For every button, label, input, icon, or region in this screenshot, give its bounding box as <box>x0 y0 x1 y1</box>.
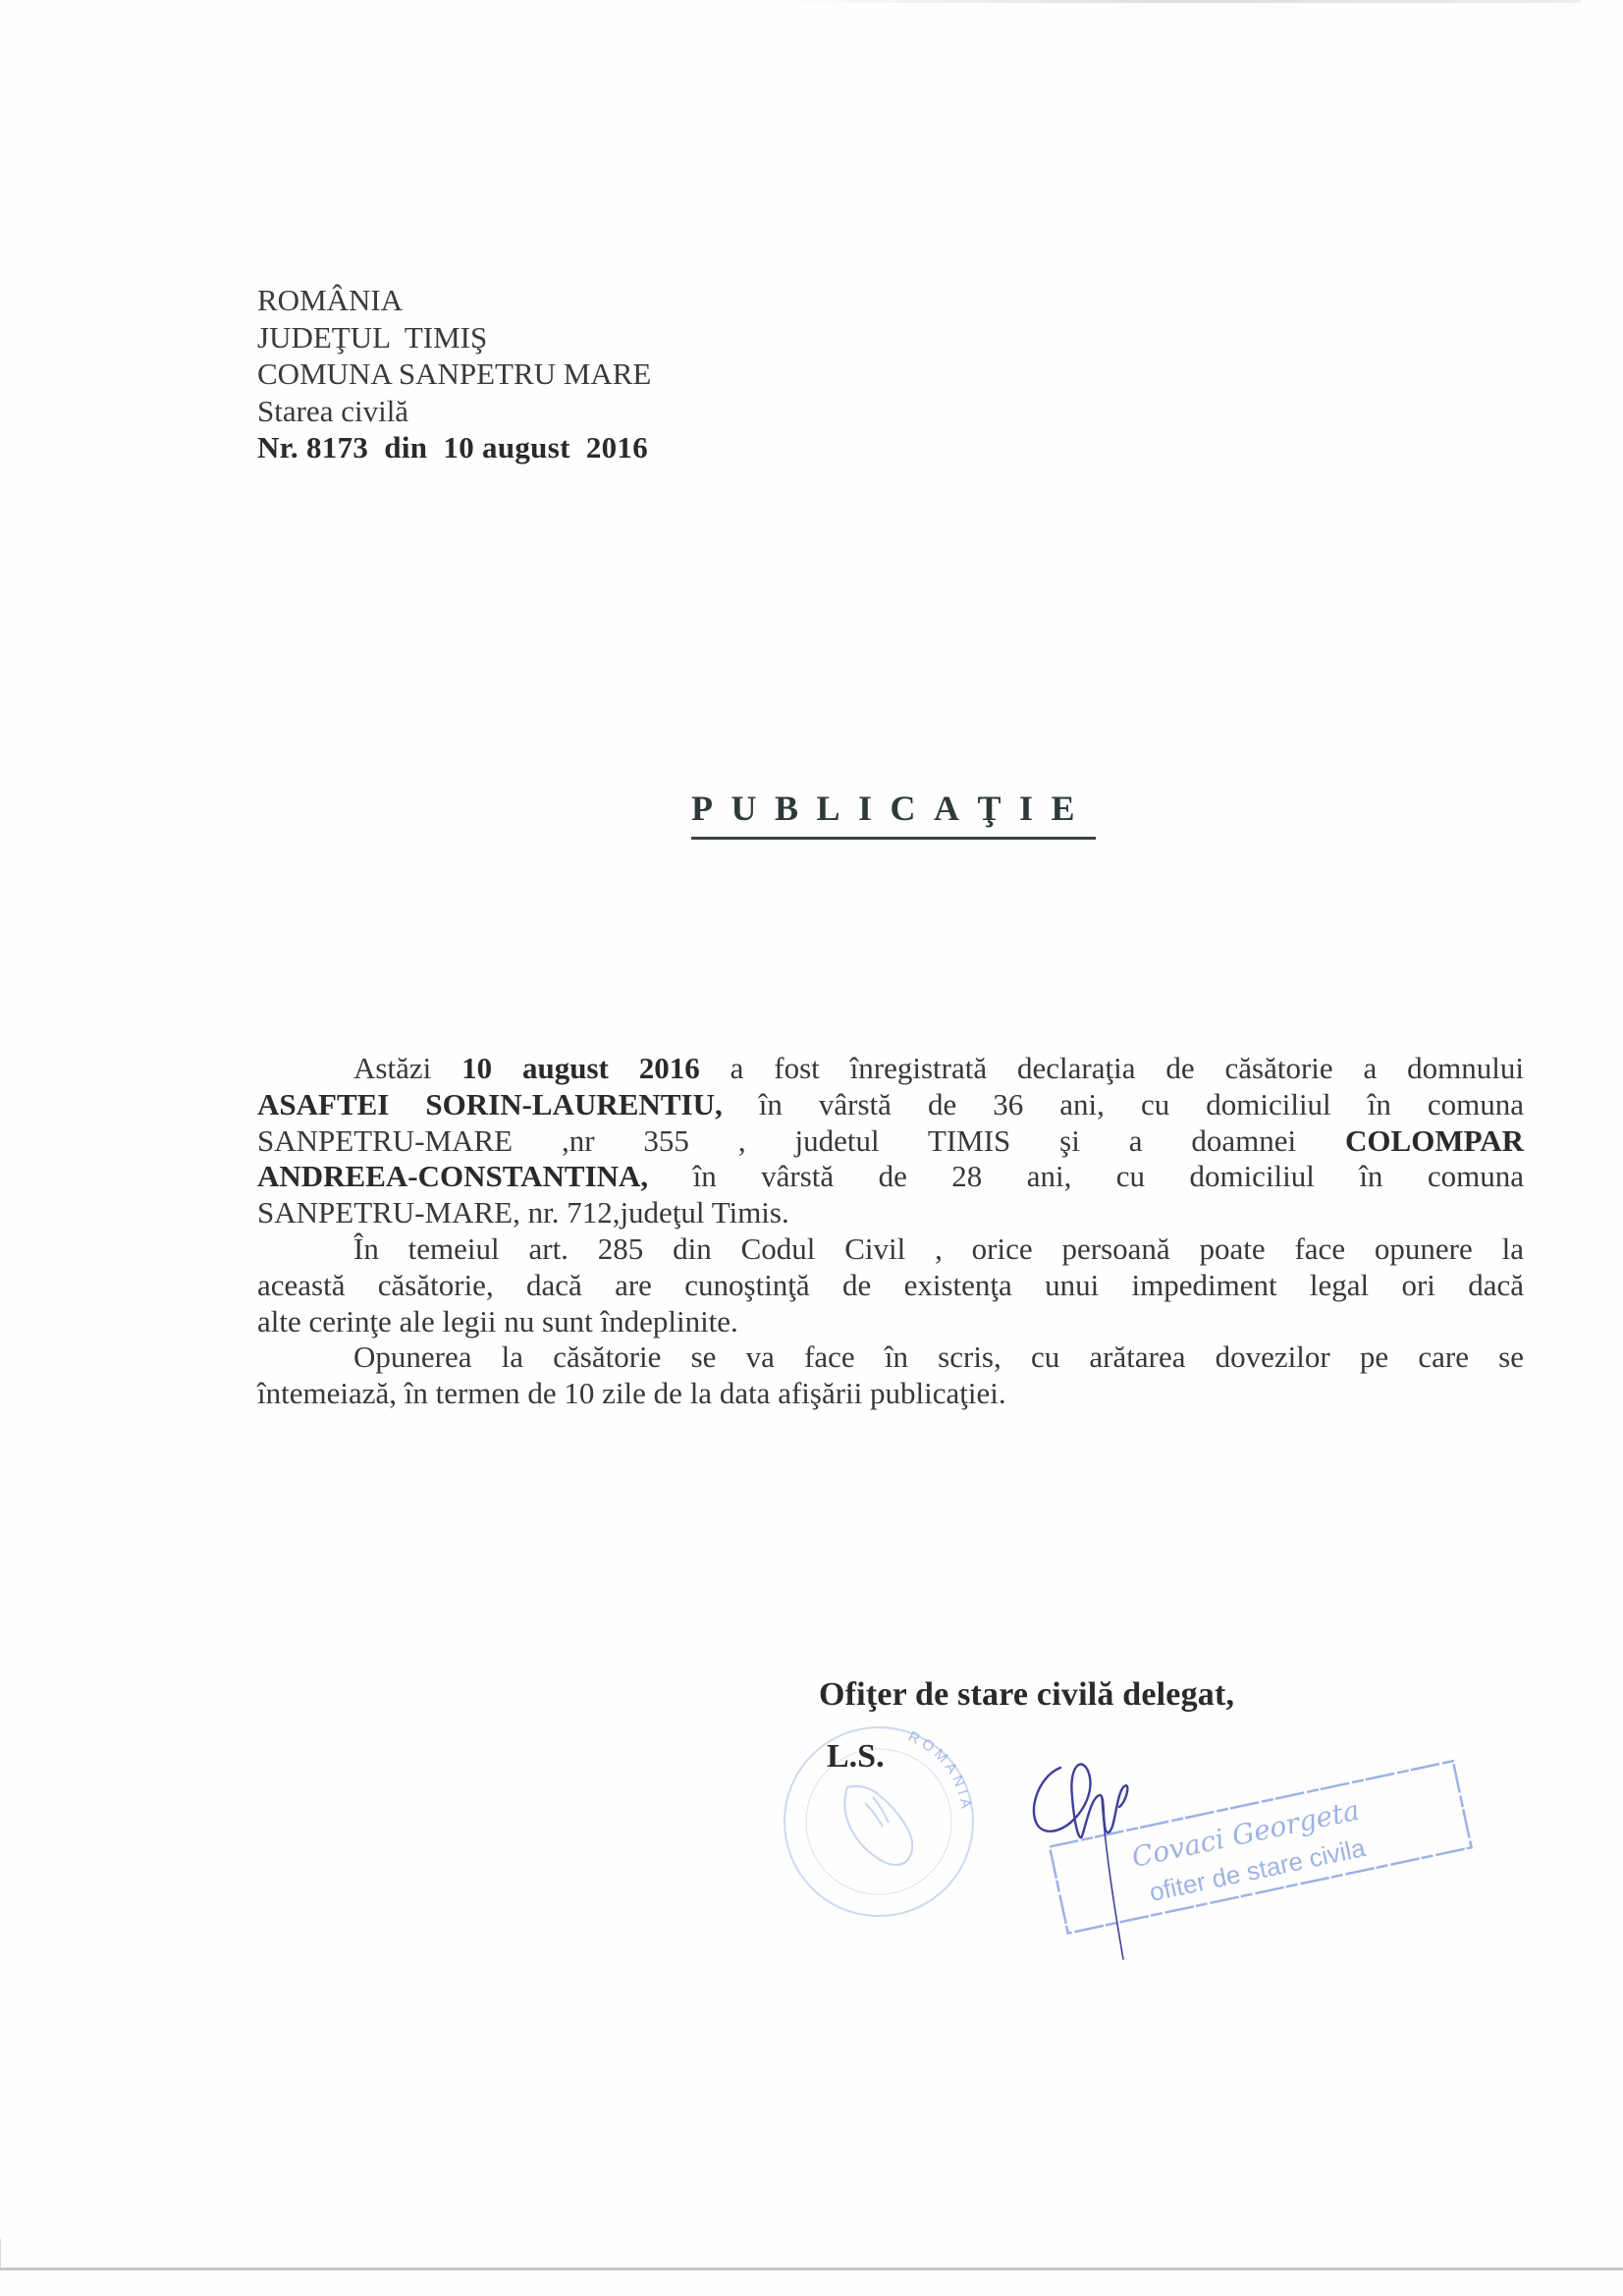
line: SANPETRU-MARE ,nr 355 , judetul TIMIS şi… <box>257 1123 1524 1160</box>
header-reference: Nr. 8173 din 10 august 2016 <box>257 429 651 466</box>
header-country: ROMÂNIA <box>257 282 651 319</box>
seal-label: L.S. <box>827 1738 885 1776</box>
registration-date: 10 august 2016 <box>461 1051 700 1085</box>
header-commune: COMUNA SANPETRU MARE <box>257 355 651 393</box>
signatory-title: Ofiţer de stare civilă delegat, <box>819 1676 1234 1714</box>
line: întemeiază, în termen de 10 zile de la d… <box>257 1376 1524 1412</box>
line: alte cerinţe ale legii nu sunt îndeplini… <box>257 1304 1524 1340</box>
title-underline <box>691 837 1096 840</box>
paragraph-opposition: Opunerea la căsătorie se va face în scri… <box>257 1339 1524 1412</box>
line: Astăzi 10 august 2016 a fost înregistrat… <box>257 1051 1524 1087</box>
scan-edge-top <box>776 0 1581 3</box>
paragraph-legal-basis: În temeiul art. 285 din Codul Civil , or… <box>257 1231 1524 1339</box>
line: ANDREEA-CONSTANTINA, în vârstă de 28 ani… <box>257 1159 1524 1195</box>
bride-given-name: ANDREEA-CONSTANTINA, <box>257 1159 648 1193</box>
scan-edge-left <box>0 2239 1 2269</box>
header-county: JUDEŢUL TIMIŞ <box>257 319 651 356</box>
document-body: Astăzi 10 august 2016 a fost înregistrat… <box>257 1051 1524 1412</box>
document-header: ROMÂNIA JUDEŢUL TIMIŞ COMUNA SANPETRU MA… <box>257 282 651 466</box>
line: În temeiul art. 285 din Codul Civil , or… <box>257 1231 1524 1268</box>
paragraph-declaration: Astăzi 10 august 2016 a fost înregistrat… <box>257 1051 1524 1231</box>
signature-stamp-icon: Covaci Georgeta ofiter de stare civila <box>1021 1738 1483 1964</box>
groom-name: ASAFTEI SORIN-LAURENTIU, <box>257 1087 723 1121</box>
document-page: ROMÂNIA JUDEŢUL TIMIŞ COMUNA SANPETRU MA… <box>0 0 1623 2296</box>
svg-text:ROMANIA: ROMANIA <box>905 1728 974 1814</box>
header-department: Starea civilă <box>257 393 651 430</box>
document-title: PUBLICAŢIE <box>691 788 1093 829</box>
line: Opunerea la căsătorie se va face în scri… <box>257 1339 1524 1376</box>
line: ASAFTEI SORIN-LAURENTIU, în vârstă de 36… <box>257 1087 1524 1123</box>
scan-edge-bottom <box>0 2268 1623 2270</box>
line: această căsătorie, dacă are cunoştinţă d… <box>257 1268 1524 1304</box>
bride-surname: COLOMPAR <box>1345 1123 1524 1158</box>
line: SANPETRU-MARE, nr. 712,judeţul Timis. <box>257 1195 1524 1231</box>
